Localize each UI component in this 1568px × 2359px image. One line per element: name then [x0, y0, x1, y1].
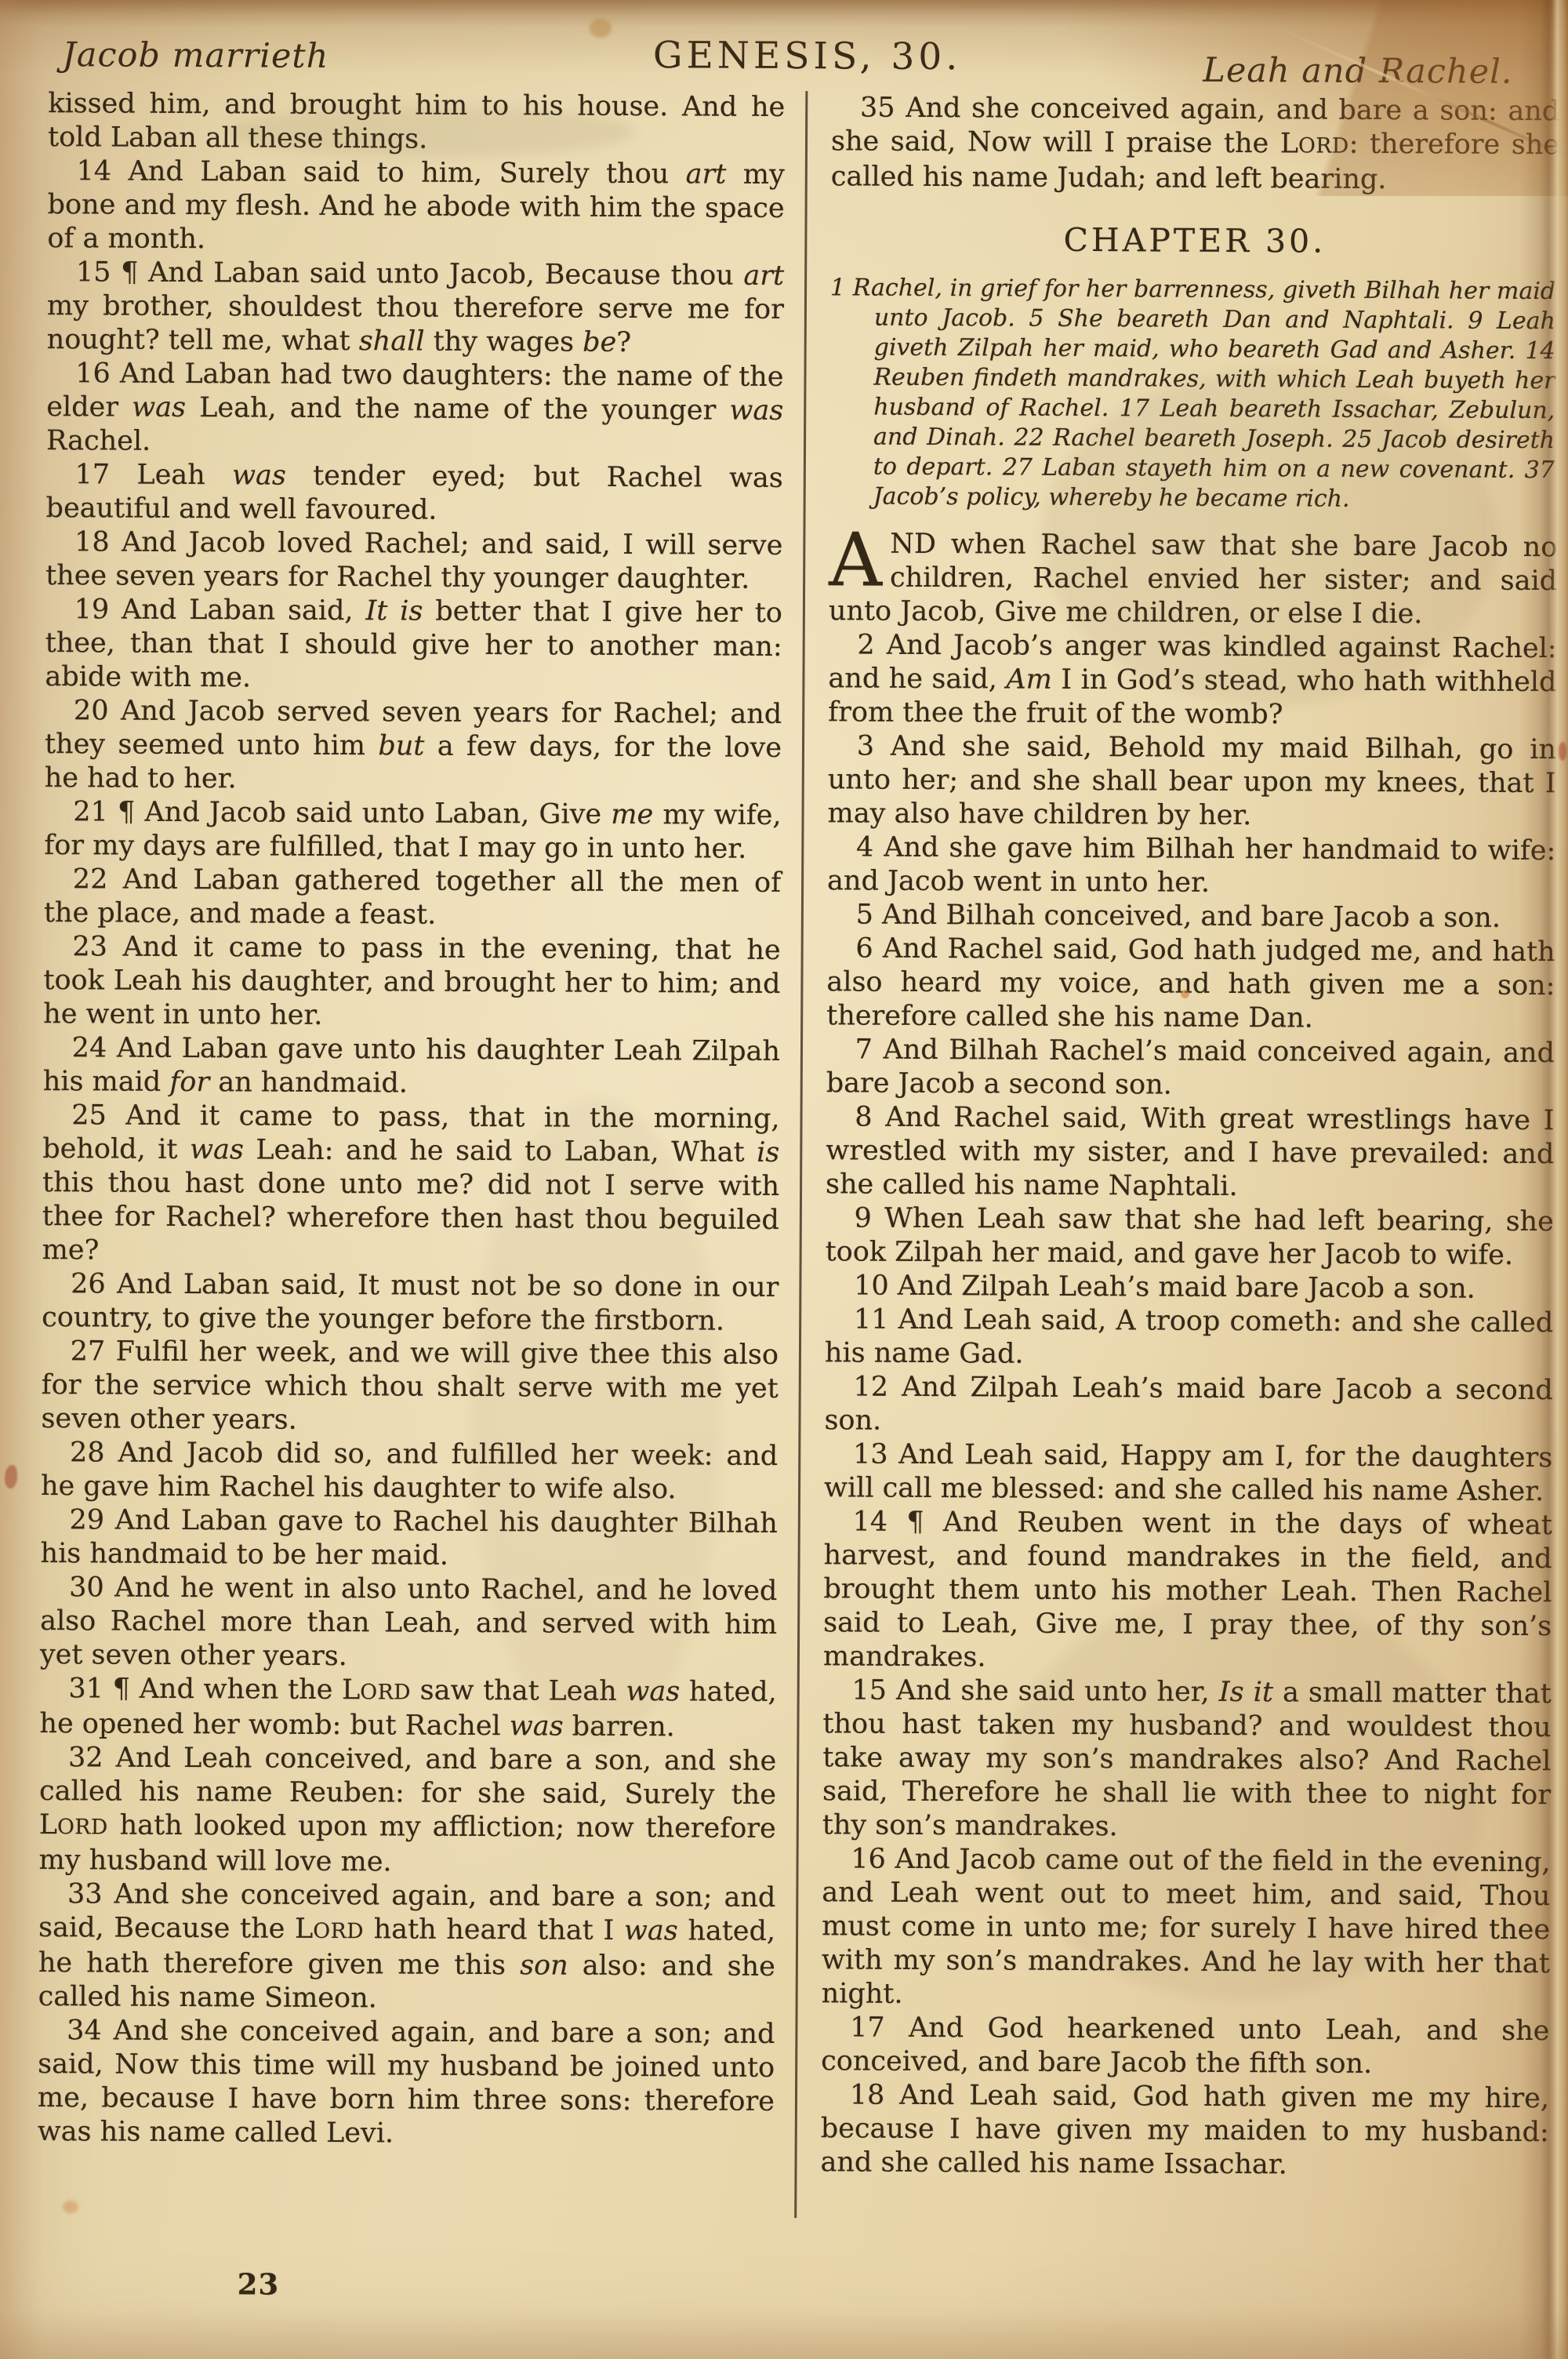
- verse-number: 12: [853, 1371, 888, 1402]
- verse-25: 25 And it came to pass, that in the morn…: [42, 1099, 780, 1271]
- verse-number: 9: [855, 1202, 872, 1234]
- verse-number: 3: [857, 730, 874, 761]
- verse-continuation: kissed him, and brought him to his house…: [48, 87, 785, 158]
- verse-number: 14: [852, 1506, 887, 1537]
- verse-11: 11 And Leah said, A troop cometh: and sh…: [825, 1303, 1553, 1374]
- verse-number: 18: [850, 2079, 885, 2110]
- verse-9: 9 When Leah saw that she had left bearin…: [826, 1201, 1554, 1273]
- verse-number: 20: [74, 695, 109, 726]
- verse-22: 22 And Laban gathered together all the m…: [44, 863, 781, 934]
- verse-number: 16: [851, 1843, 886, 1874]
- verse-3: 3 And she said, Behold my maid Bilhah, g…: [827, 729, 1556, 834]
- verse-7: 7 And Bilhah Rachel’s maid conceived aga…: [826, 1033, 1555, 1104]
- verse-15: 15 ¶ And Laban said unto Jacob, Because …: [47, 256, 785, 361]
- right-column-verses: 2 And Jacob’s anger was kindled against …: [820, 628, 1556, 2183]
- verse-24: 24 And Laban gave unto his daughter Leah…: [43, 1031, 780, 1103]
- verse-number: 15: [851, 1674, 887, 1706]
- verse-number: 17: [850, 2012, 885, 2043]
- verse-30: 30 And he went in also unto Rachel, and …: [40, 1571, 778, 1676]
- verse-13: 13 And Leah said, Happy am I, for the da…: [824, 1438, 1552, 1509]
- verse-number: 26: [71, 1268, 106, 1299]
- verse-28: 28 And Jacob did so, and fulfilled her w…: [41, 1436, 778, 1507]
- verse-number: 31: [68, 1673, 103, 1704]
- running-head-right: Leah and Rachel.: [1203, 51, 1512, 92]
- verse-number: 23: [72, 931, 107, 962]
- verse-number: 22: [73, 863, 108, 895]
- verse-number: 13: [853, 1438, 888, 1470]
- verse-18: 18 And Leah said, God hath given me my h…: [820, 2078, 1549, 2183]
- chapter-summary: 1 Rachel, in grief for her barrenness, g…: [829, 273, 1556, 515]
- verse-number: 18: [74, 526, 110, 558]
- verse-number: 28: [70, 1437, 105, 1468]
- verse-17: 17 And God hearkened unto Leah, and she …: [821, 2011, 1549, 2082]
- verse-number: 19: [74, 594, 110, 625]
- verse-31: 31 ¶ And when the LORD saw that Leah was…: [39, 1672, 776, 1745]
- verse-29: 29 And Laban gave to Rachel his daughter…: [40, 1503, 777, 1575]
- verse-2: 2 And Jacob’s anger was kindled against …: [828, 628, 1557, 733]
- right-column: 35 And she conceived again, and bare a s…: [794, 91, 1559, 2222]
- verse-number: 34: [67, 2015, 102, 2046]
- verse-4: 4 And she gave him Bilhah her handmaid t…: [827, 831, 1555, 902]
- verse-number: 10: [854, 1270, 889, 1301]
- verse-number: 16: [75, 358, 111, 389]
- verse-1-text: ND when Rachel saw that she bare Jacob n…: [829, 529, 1558, 631]
- left-column: kissed him, and brought him to his house…: [37, 87, 805, 2218]
- verse-5: 5 And Bilhah conceived, and bare Jacob a…: [827, 898, 1555, 936]
- verse-18: 18 And Jacob loved Rachel; and said, I w…: [45, 525, 782, 597]
- verse-number: 14: [76, 155, 111, 187]
- verse-number: 25: [71, 1100, 107, 1131]
- verse-number: 15: [76, 256, 111, 288]
- verse-26: 26 And Laban said, It must not be so don…: [42, 1267, 779, 1339]
- verse-14: 14 And Laban said to him, Surely thou ar…: [47, 154, 785, 260]
- verse-10: 10 And Zilpah Leah’s maid bare Jacob a s…: [825, 1269, 1553, 1307]
- verse-number: 2: [857, 630, 874, 661]
- verse-number: 17: [74, 459, 110, 490]
- chapter-heading: CHAPTER 30.: [830, 222, 1559, 260]
- verse-8: 8 And Rachel said, With great wrestlings…: [826, 1100, 1555, 1205]
- verse-number: 35: [860, 93, 895, 124]
- verse-number: 5: [856, 899, 873, 930]
- verse-number: 24: [72, 1032, 107, 1063]
- verse-1: AND when Rachel saw that she bare Jacob …: [829, 527, 1558, 632]
- verse-27: 27 Fulfil her week, and we will give the…: [41, 1335, 779, 1440]
- verse-23: 23 And it came to pass in the evening, t…: [43, 930, 781, 1035]
- verse-number: 27: [71, 1336, 106, 1367]
- right-column-top-verses: 35 And she conceived again, and bare a s…: [831, 91, 1560, 198]
- verse-15: 15 And she said unto her, Is it a small …: [822, 1674, 1552, 1846]
- pilcrow-mark: ¶: [113, 1674, 130, 1705]
- pilcrow-mark: ¶: [118, 797, 135, 828]
- bible-page-scan: Jacob marrieth GENESIS, 30. Leah and Rac…: [0, 0, 1568, 2359]
- verse-17: 17 Leah was tender eyed; but Rachel was …: [45, 458, 782, 529]
- pilcrow-mark: ¶: [121, 257, 138, 289]
- running-header: Jacob marrieth GENESIS, 30. Leah and Rac…: [0, 24, 1568, 95]
- pilcrow-mark: ¶: [906, 1507, 924, 1538]
- verse-number: 11: [854, 1303, 889, 1335]
- verse-number: 33: [67, 1878, 103, 1910]
- verse-14: 14 ¶ And Reuben went in the days of whea…: [823, 1505, 1552, 1677]
- verse-number: 29: [69, 1504, 104, 1536]
- verse-32: 32 And Leah conceived, and bare a son, a…: [38, 1741, 776, 1881]
- page-number: 23: [238, 2266, 280, 2301]
- verse-12: 12 And Zilpah Leah’s maid bare Jacob a s…: [824, 1370, 1552, 1441]
- verse-19: 19 And Laban said, It is better that I g…: [45, 593, 782, 698]
- verse-35: 35 And she conceived again, and bare a s…: [831, 91, 1560, 198]
- verse-number: 7: [855, 1034, 873, 1065]
- drop-cap-letter: A: [829, 527, 890, 594]
- verse-6: 6 And Rachel said, God hath judged me, a…: [826, 932, 1555, 1037]
- verse-20: 20 And Jacob served seven years for Rach…: [45, 694, 782, 799]
- verse-33: 33 And she conceived again, and bare a s…: [38, 1877, 776, 2018]
- page-sheet: Jacob marrieth GENESIS, 30. Leah and Rac…: [0, 0, 1568, 2359]
- verse-16: 16 And Jacob came out of the field in th…: [822, 1842, 1551, 2015]
- text-columns: kissed him, and brought him to his house…: [37, 87, 1559, 2222]
- verse-16: 16 And Laban had two daughters: the name…: [46, 357, 784, 462]
- verse-21: 21 ¶ And Jacob said unto Laban, Give me …: [44, 795, 781, 867]
- verse-number: 4: [856, 831, 873, 863]
- verse-number: 32: [68, 1742, 103, 1773]
- verse-number: 21: [73, 796, 108, 827]
- verse-34: 34 And she conceived again, and bare a s…: [38, 2014, 775, 2153]
- verse-number: 30: [69, 1572, 104, 1603]
- verse-number: 6: [855, 932, 873, 964]
- verse-number: 8: [855, 1101, 872, 1132]
